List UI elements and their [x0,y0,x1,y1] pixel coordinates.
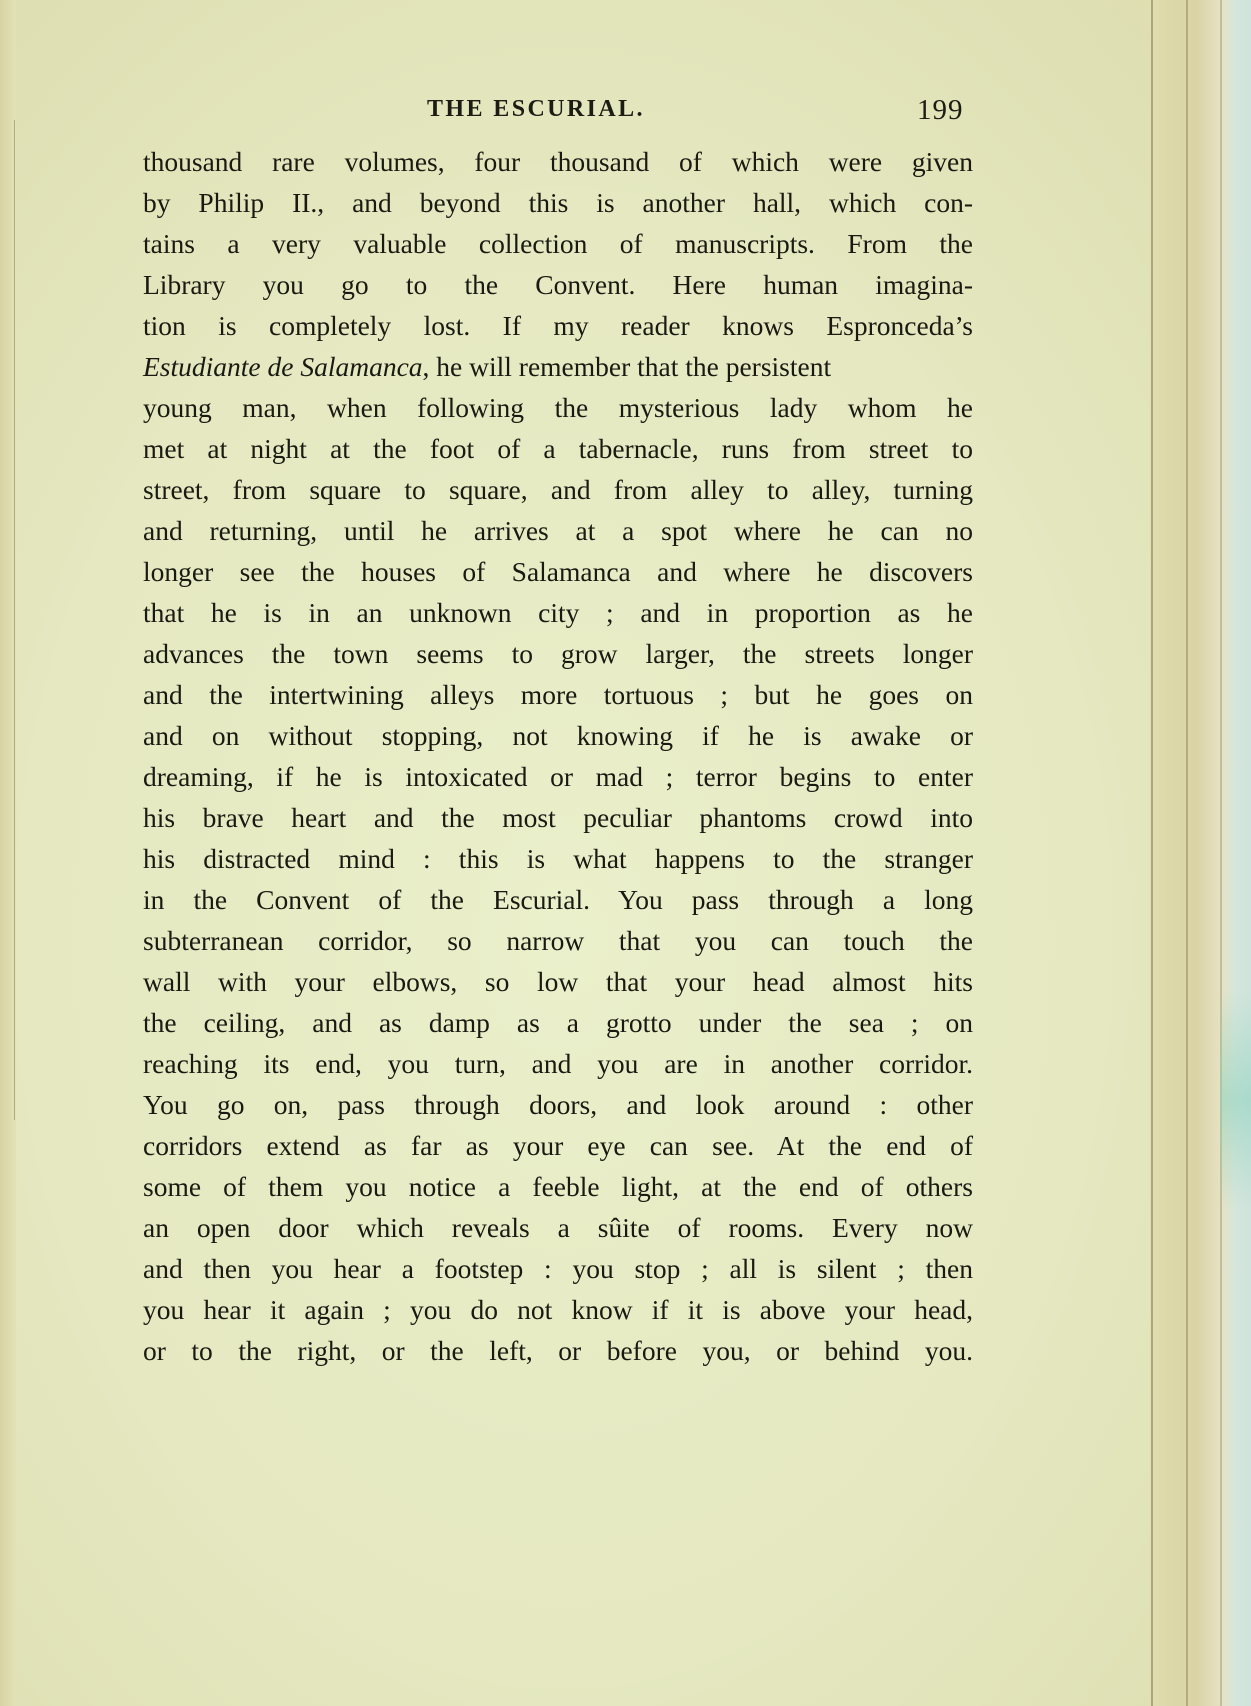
gutter-page-edge-line [1220,0,1222,1706]
text-line: and then you hear a footstep : you stop … [143,1252,973,1286]
page-number: 199 [917,94,964,127]
text-line: or to the right, or the left, or before … [143,1334,973,1368]
text-line: that he is in an unknown city ; and in p… [143,596,973,630]
text-line: tion is completely lost. If my reader kn… [143,309,973,343]
running-head-title: THE ESCURIAL. [427,96,645,123]
text-line: You go on, pass through doors, and look … [143,1088,973,1122]
text-line: by Philip II., and beyond this is anothe… [143,186,973,220]
text-line: and on without stopping, not knowing if … [143,719,973,753]
text-fragment: , he will remember that the persistent [423,351,832,382]
text-line: dreaming, if he is intoxicated or mad ; … [143,760,973,794]
text-line: met at night at the foot of a tabernacle… [143,432,973,466]
text-line: reaching its end, you turn, and you are … [143,1047,973,1081]
text-line: tains a very valuable collection of manu… [143,227,973,261]
text-line: some of them you notice a feeble light, … [143,1170,973,1204]
text-line: street, from square to square, and from … [143,473,973,507]
text-line: Library you go to the Convent. Here huma… [143,268,973,302]
text-line: corridors extend as far as your eye can … [143,1129,973,1163]
text-line: and returning, until he arrives at a spo… [143,514,973,548]
gutter-page-edge-line [1186,0,1188,1706]
text-line: longer see the houses of Salamanca and w… [143,555,973,589]
text-line: advances the town seems to grow larger, … [143,637,973,671]
text-line: Estudiante de Salamanca, he will remembe… [143,350,973,384]
text-line: wall with your elbows, so low that your … [143,965,973,999]
text-line: subterranean corridor, so narrow that yo… [143,924,973,958]
italic-title: Estudiante de Salamanca [143,351,423,382]
text-line: you hear it again ; you do not know if i… [143,1293,973,1327]
text-line: his brave heart and the most peculiar ph… [143,801,973,835]
text-line: in the Convent of the Escurial. You pass… [143,883,973,917]
page-gutter-edges [1150,0,1251,1706]
text-line: young man, when following the mysterious… [143,391,973,425]
gutter-page-edge-line [1151,0,1153,1706]
page-left-edge-line [14,120,15,1120]
text-line: an open door which reveals a sûite of ro… [143,1211,973,1245]
running-head: THE ESCURIAL. 199 [0,96,1251,136]
text-line: the ceiling, and as damp as a grotto und… [143,1006,973,1040]
text-line: and the intertwining alleys more tortuou… [143,678,973,712]
text-line: thousand rare volumes, four thousand of … [143,145,973,179]
text-line: his distracted mind : this is what happe… [143,842,973,876]
book-page: THE ESCURIAL. 199 thousand rare volumes,… [0,0,1251,1706]
gutter-color-tint [1220,990,1251,1210]
